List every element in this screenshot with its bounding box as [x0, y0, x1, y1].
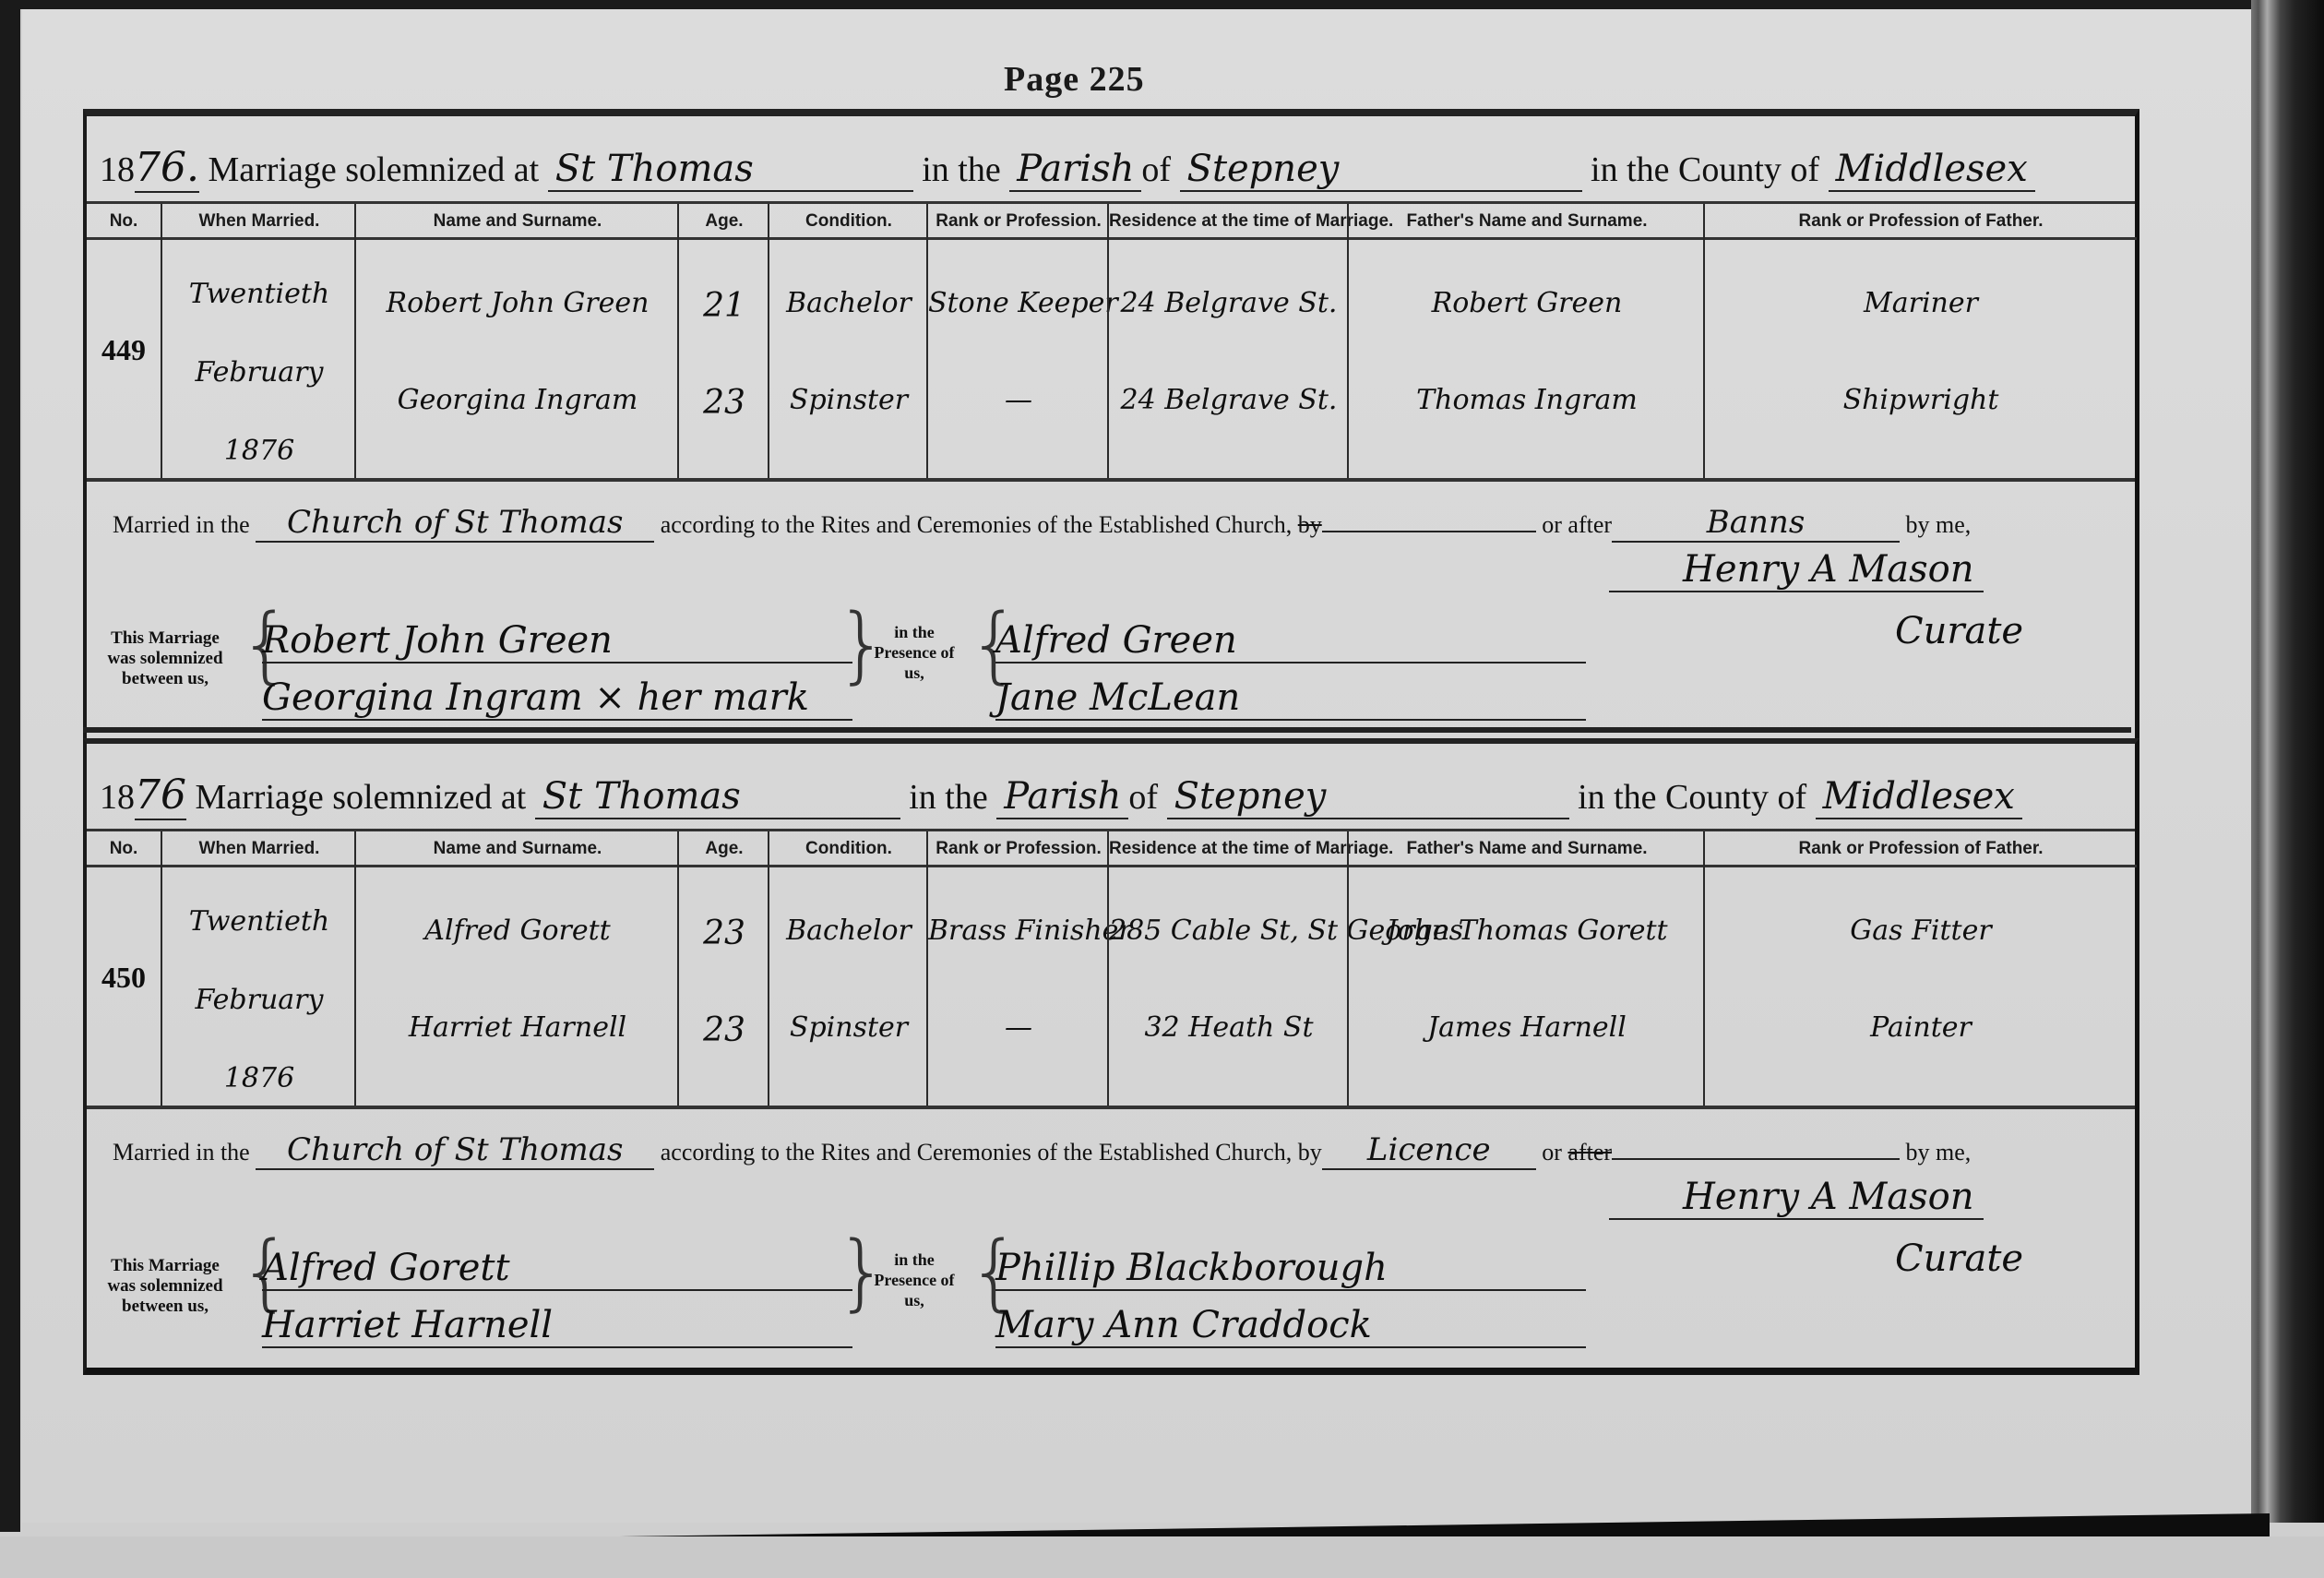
church-field: Church of St Thomas [256, 504, 654, 543]
column-header: Age. [679, 211, 769, 240]
column-header: Father's Name and Surname. [1349, 211, 1705, 240]
table-bottom-rule [87, 1106, 2135, 1109]
party-bride-age: 23 [679, 384, 769, 422]
party-bride-condition: Spinster [769, 1011, 928, 1044]
district-type-field: Parish [1009, 148, 1141, 192]
year-written: 76. [135, 144, 199, 193]
year-written: 76 [135, 771, 186, 820]
county-field: Middlesex [1829, 148, 2035, 192]
entry-table: No.450When Married.TwentiethFebruary1876… [87, 829, 2135, 1108]
entry-heading: 1876 Marriage solemnized at St Thomas in… [100, 771, 2022, 819]
column-5: Condition.BachelorSpinster [768, 204, 928, 481]
officiant-title: Curate [1895, 1237, 2023, 1280]
party-groom-father-name: Robert Green [1349, 287, 1705, 319]
solemnized-between-label: This Marriage was solemnized between us, [96, 1256, 234, 1317]
when-married-line: Twentieth [162, 905, 356, 938]
column-2: When Married.TwentiethFebruary1876 [161, 204, 356, 481]
column-3: Name and Surname.Alfred GorettHarriet Ha… [354, 831, 679, 1108]
page-number: Page 225 [1004, 59, 1145, 100]
book-binding [2251, 0, 2324, 1523]
or-after-field [1612, 1158, 1900, 1160]
party-signature: Georgina Ingram × her mark [262, 676, 852, 721]
column-4: Age.2323 [677, 831, 769, 1108]
officiant-name: Henry A Mason [1609, 1176, 1984, 1220]
party-groom-age: 23 [679, 915, 769, 952]
presence-label: in the Presence of us, [864, 1249, 965, 1310]
marriage-entry-450: 1876 Marriage solemnized at St Thomas in… [83, 738, 2139, 1375]
column-header: No. [87, 211, 161, 240]
column-header: Condition. [769, 211, 928, 240]
party-bride-rank: — [928, 384, 1109, 416]
party-groom-residence: 24 Belgrave St. [1109, 287, 1349, 319]
place-field: St Thomas [548, 148, 913, 192]
after-struck: after [1567, 1139, 1612, 1166]
officiant-title: Curate [1895, 610, 2023, 652]
party-bride-name: Georgina Ingram [356, 384, 679, 416]
party-signature: Robert John Green [262, 619, 852, 663]
column-3: Name and Surname.Robert John GreenGeorgi… [354, 204, 679, 481]
officiant-signature: Henry A Mason [1609, 1176, 1984, 1218]
column-header: Residence at the time of Marriage. [1109, 211, 1349, 240]
party-groom-rank: Stone Keeper [928, 287, 1109, 319]
column-8: Father's Name and Surname.John Thomas Go… [1347, 831, 1705, 1108]
party-bride-age: 23 [679, 1011, 769, 1049]
party-bride-residence: 32 Heath St [1109, 1011, 1349, 1044]
party-groom-rank: Brass Finisher [928, 915, 1109, 947]
when-married-line: 1876 [162, 1062, 356, 1094]
married-in-line: Married in the Church of St Thomas accor… [113, 504, 1971, 543]
district-field: Stepney [1180, 148, 1582, 192]
witness-signature: Phillip Blackborough [995, 1247, 1586, 1291]
party-groom-father-name: John Thomas Gorett [1349, 915, 1705, 947]
party-signature: Alfred Gorett [262, 1247, 852, 1291]
photo-top-edge [0, 0, 2324, 9]
column-2: When Married.TwentiethFebruary1876 [161, 831, 356, 1108]
column-header: When Married. [162, 839, 356, 867]
party-groom-father-rank: Mariner [1705, 287, 2137, 319]
party-bride-name: Harriet Harnell [356, 1011, 679, 1044]
party-groom-name: Alfred Gorett [356, 915, 679, 947]
entry-number: 450 [87, 961, 161, 995]
when-married-line: Twentieth [162, 278, 356, 310]
officiant-name: Henry A Mason [1609, 548, 1984, 592]
year-prefix: 18 [100, 150, 135, 189]
book-spine-edge [0, 0, 20, 1532]
married-in-line: Married in the Church of St Thomas accor… [113, 1131, 1971, 1170]
column-9: Rank or Profession of Father.Gas FitterP… [1703, 831, 2137, 1108]
district-field: Stepney [1167, 775, 1569, 819]
or-after-field: Banns [1612, 504, 1900, 543]
witness-signature: Mary Ann Craddock [995, 1304, 1586, 1348]
column-4: Age.2123 [677, 204, 769, 481]
party-groom-age: 21 [679, 287, 769, 325]
marriage-entry-449: 1876. Marriage solemnized at St Thomas i… [83, 109, 2139, 744]
party-bride-father-name: James Harnell [1349, 1011, 1705, 1044]
column-header: Name and Surname. [356, 839, 679, 867]
by-struck: by [1298, 511, 1322, 538]
presence-label: in the Presence of us, [864, 622, 965, 683]
table-bottom-rule [87, 478, 2135, 482]
column-header: Age. [679, 839, 769, 867]
column-7: Residence at the time of Marriage.24 Bel… [1107, 204, 1349, 481]
party-groom-condition: Bachelor [769, 915, 928, 947]
column-header: When Married. [162, 211, 356, 240]
column-header: No. [87, 839, 161, 867]
entry-number: 449 [87, 333, 161, 367]
party-bride-rank: — [928, 1011, 1109, 1044]
by-field: Licence [1322, 1131, 1536, 1170]
party-groom-residence: 285 Cable St, St Georges [1109, 915, 1349, 947]
when-married-line: 1876 [162, 435, 356, 467]
when-married-line: February [162, 356, 356, 389]
officiant-signature: Henry A Mason [1609, 548, 1984, 591]
column-header: Condition. [769, 839, 928, 867]
party-groom-name: Robert John Green [356, 287, 679, 319]
entry-divider [83, 727, 2131, 733]
party-bride-residence: 24 Belgrave St. [1109, 384, 1349, 416]
entry-heading: 1876. Marriage solemnized at St Thomas i… [100, 144, 2035, 192]
party-bride-father-name: Thomas Ingram [1349, 384, 1705, 416]
column-header: Father's Name and Surname. [1349, 839, 1705, 867]
column-5: Condition.BachelorSpinster [768, 831, 928, 1108]
column-8: Father's Name and Surname.Robert GreenTh… [1347, 204, 1705, 481]
solemnized-between-label: This Marriage was solemnized between us, [96, 628, 234, 689]
party-signature: Harriet Harnell [262, 1304, 852, 1348]
column-6: Rank or Profession.Stone Keeper— [926, 204, 1109, 481]
district-type-field: Parish [996, 775, 1128, 819]
column-header: Residence at the time of Marriage. [1109, 839, 1349, 867]
column-header: Name and Surname. [356, 211, 679, 240]
party-bride-condition: Spinster [769, 384, 928, 416]
place-field: St Thomas [535, 775, 900, 819]
party-groom-condition: Bachelor [769, 287, 928, 319]
column-header: Rank or Profession. [928, 839, 1109, 867]
witness-signature: Alfred Green [995, 619, 1586, 663]
entry-table: No.449When Married.TwentiethFebruary1876… [87, 201, 2135, 481]
column-7: Residence at the time of Marriage.285 Ca… [1107, 831, 1349, 1108]
when-married-line: February [162, 984, 356, 1016]
column-header: Rank or Profession of Father. [1705, 211, 2137, 240]
column-1: No.449 [87, 204, 161, 481]
church-field: Church of St Thomas [256, 1131, 654, 1170]
column-9: Rank or Profession of Father.MarinerShip… [1703, 204, 2137, 481]
background-surface [0, 1536, 2324, 1578]
year-prefix: 18 [100, 778, 135, 817]
county-field: Middlesex [1816, 775, 2022, 819]
by-field [1322, 531, 1536, 532]
party-bride-father-rank: Shipwright [1705, 384, 2137, 416]
witness-signature: Jane McLean [995, 676, 1586, 721]
party-bride-father-rank: Painter [1705, 1011, 2137, 1044]
column-header: Rank or Profession of Father. [1705, 839, 2137, 867]
column-6: Rank or Profession.Brass Finisher— [926, 831, 1109, 1108]
party-groom-father-rank: Gas Fitter [1705, 915, 2137, 947]
column-1: No.450 [87, 831, 161, 1108]
column-header: Rank or Profession. [928, 211, 1109, 240]
